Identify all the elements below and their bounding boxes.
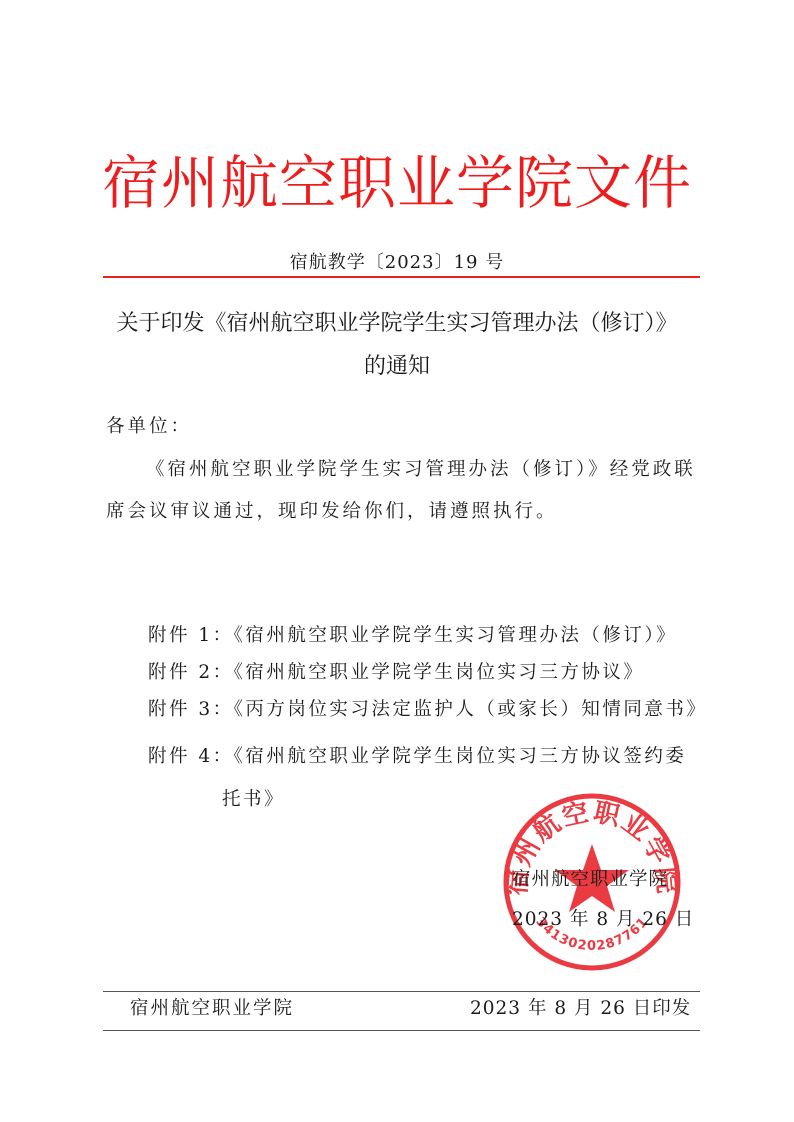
document-title-line1: 关于印发《宿州航空职业学院学生实习管理办法（修订）》 [0, 309, 794, 339]
body-paragraph-line1: 《宿州航空职业学院学生实习管理办法（修订）》经党政联 [146, 456, 696, 484]
signature-date: 2023 年 8 月 26 日 [512, 905, 694, 931]
salutation: 各单位： [106, 413, 192, 441]
signature-organization: 宿州航空职业学院 [512, 865, 668, 891]
footer-bottom-rule [103, 1030, 700, 1031]
footer-top-rule [103, 991, 700, 992]
attachment-title: 《宿州航空职业学院学生岗位实习三方协议签约委 [234, 746, 687, 767]
attachment-title: 《宿州航空职业学院学生岗位实习三方协议》 [234, 662, 645, 683]
attachment-label: 附件 1： [148, 625, 234, 646]
footer-issue-date: 2023 年 8 月 26 日印发 [470, 996, 691, 1022]
body-paragraph-line2: 席会议审议通过，现印发给你们，请遵照执行。 [106, 498, 558, 526]
attachment-item: 附件 4：《宿州航空职业学院学生岗位实习三方协议签约委 [148, 743, 686, 771]
red-divider [103, 276, 700, 278]
footer-organization: 宿州航空职业学院 [130, 996, 294, 1022]
attachment-label: 附件 3： [148, 699, 234, 720]
document-masthead: 宿州航空职业学院文件 [0, 148, 794, 218]
attachment-item: 附件 3：《丙方岗位实习法定监护人（或家长）知情同意书》 [148, 696, 707, 724]
attachment-title-continuation: 托书》 [222, 786, 285, 814]
attachment-label: 附件 2： [148, 662, 234, 683]
attachment-item: 附件 2：《宿州航空职业学院学生岗位实习三方协议》 [148, 659, 644, 687]
attachment-item: 附件 1：《宿州航空职业学院学生实习管理办法（修订）》 [148, 622, 677, 650]
document-title-line2: 的通知 [0, 352, 794, 382]
document-number: 宿航教学〔2023〕19 号 [0, 251, 794, 275]
attachment-label: 附件 4： [148, 746, 234, 767]
attachment-title: 《丙方岗位实习法定监护人（或家长）知情同意书》 [234, 699, 708, 720]
attachment-title: 《宿州航空职业学院学生实习管理办法（修订）》 [234, 625, 678, 646]
